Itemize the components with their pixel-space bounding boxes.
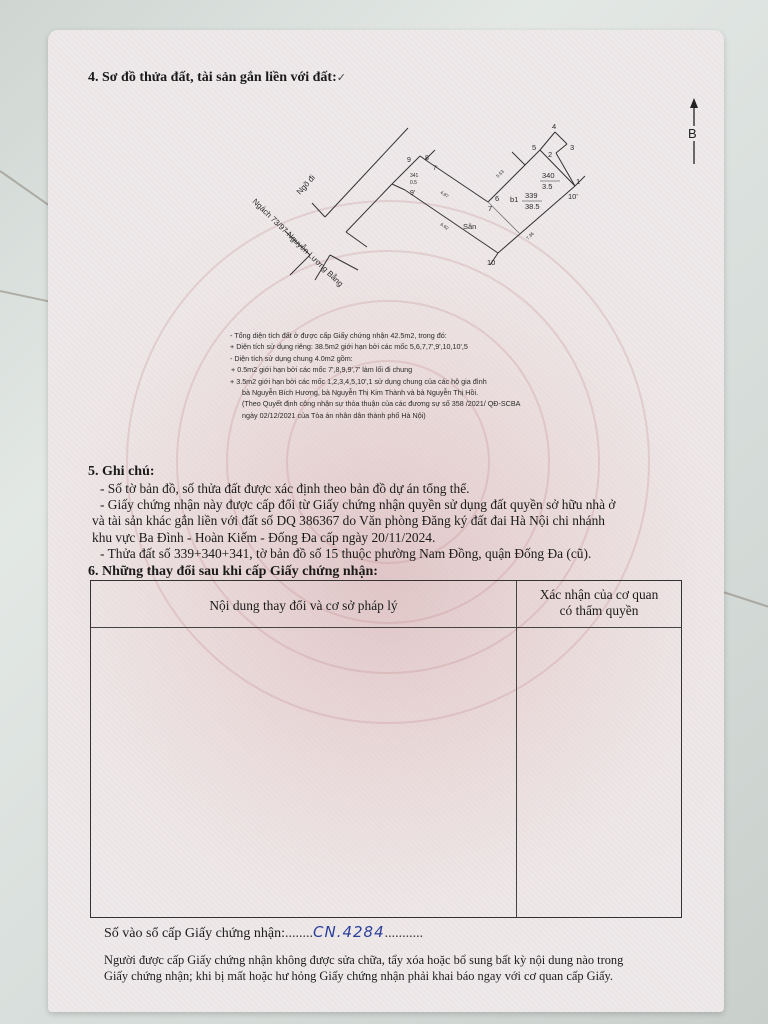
svg-text:2: 2 (548, 150, 552, 159)
section-4-heading: 4. Sơ đồ thửa đất, tài sản gắn liền với … (88, 70, 346, 86)
parcel-341-number: 341 (410, 173, 419, 179)
area-note: + 3.5m2 giới hạn bởi các mốc 1,2,3,4,5,1… (230, 376, 520, 387)
dots: ........... (385, 926, 424, 941)
marble-vein (720, 590, 768, 610)
parcel-339-number: 339 (525, 191, 538, 200)
svg-text:7': 7' (433, 166, 437, 172)
svg-text:6: 6 (495, 194, 499, 203)
note-line: khu vực Ba Đình - Hoàn Kiếm - Đống Đa cấ… (92, 530, 616, 546)
footer-line: Người được cấp Giấy chứng nhận không đượ… (104, 952, 623, 968)
area-note: bà Nguyễn Bích Hương, bà Nguyễn Thị Kim … (230, 387, 520, 398)
yard-label: Sân (463, 222, 476, 231)
svg-text:6.62: 6.62 (439, 222, 449, 231)
area-note: - Diện tích sử dụng chung 4.0m2 gồm: (230, 353, 520, 364)
svg-text:10': 10' (568, 192, 578, 201)
area-notes: - Tổng diện tích đất ở được cấp Giấy chứ… (230, 330, 520, 421)
section-6-heading: 6. Những thay đổi sau khi cấp Giấy chứng… (88, 564, 378, 580)
svg-text:1: 1 (576, 177, 580, 186)
marble-vein (0, 290, 54, 303)
svg-text:5.53: 5.53 (495, 169, 505, 179)
area-note: - Tổng diện tích đất ở được cấp Giấy chứ… (230, 330, 520, 341)
svg-text:5: 5 (532, 143, 536, 152)
table-column-divider (516, 581, 517, 917)
area-note: + 0.5m2 giới hạn bởi các mốc 7',8,9,9',7… (230, 364, 520, 375)
parcel-339-building: b1 (510, 195, 518, 204)
marble-vein (0, 170, 50, 206)
area-note: + Diện tích sử dụng riêng: 38.5m2 giới h… (230, 341, 520, 352)
section-5-heading: 5. Ghi chú: (88, 464, 155, 480)
svg-text:7.36: 7.36 (525, 231, 535, 241)
footer-line: Giấy chứng nhận; khi bị mất hoặc hư hỏng… (104, 968, 623, 984)
note-line: - Giấy chứng nhận này được cấp đổi từ Gi… (100, 497, 616, 513)
area-note: ngày 02/12/2021 của Tòa án nhân dân thàn… (230, 410, 520, 421)
svg-text:8: 8 (425, 155, 429, 162)
svg-text:4: 4 (552, 122, 556, 131)
parcel-diagram: Ngõ đi Ngách 73/97 Nguyễn Lương Bằng b1 … (230, 120, 590, 290)
parcel-339-area: 38.5 (525, 202, 540, 211)
authority-header-line: có thẩm quyền (517, 603, 681, 619)
footer-warning: Người được cấp Giấy chứng nhận không đượ… (104, 952, 623, 984)
alley-label: Ngõ đi (295, 173, 317, 196)
parcel-340-number: 340 (542, 171, 555, 180)
table-header-divider (91, 627, 681, 628)
note-line: - Thửa đất số 339+340+341, tờ bản đồ số … (100, 546, 616, 562)
svg-text:9: 9 (407, 157, 411, 164)
note-line: - Số tờ bản đồ, số thửa đất được xác địn… (100, 481, 616, 497)
registry-number-line: Số vào sổ cấp Giấy chứng nhận:........CN… (104, 923, 423, 942)
north-arrow: B (684, 96, 704, 166)
authority-column-header: Xác nhận của cơ quan có thẩm quyền (517, 587, 681, 619)
changes-table: Nội dung thay đổi và cơ sở pháp lý Xác n… (90, 580, 682, 918)
svg-text:10: 10 (487, 258, 495, 267)
note-line: và tài sản khác gắn liền với đất số DQ 3… (92, 513, 616, 529)
area-note: (Theo Quyết định công nhận sự thỏa thuận… (230, 398, 520, 409)
section-4-heading-text: 4. Sơ đồ thửa đất, tài sản gắn liền với … (88, 70, 337, 85)
registry-value: CN.4284 (313, 923, 385, 941)
check-mark-icon: ✓ (337, 72, 346, 84)
parcel-340-area: 3.5 (542, 182, 552, 191)
svg-text:4.87: 4.87 (439, 190, 449, 199)
north-label: B (688, 126, 697, 141)
changes-column-header: Nội dung thay đổi và cơ sở pháp lý (91, 598, 516, 614)
svg-text:7: 7 (488, 204, 492, 213)
svg-text:9': 9' (410, 190, 415, 197)
notes-block: - Số tờ bản đồ, số thửa đất được xác địn… (100, 481, 616, 562)
authority-header-line: Xác nhận của cơ quan (517, 587, 681, 603)
dots: ........ (285, 926, 313, 941)
registry-label: Số vào sổ cấp Giấy chứng nhận: (104, 926, 285, 941)
svg-text:3: 3 (570, 143, 574, 152)
parcel-341-area: 0.5 (410, 180, 417, 186)
